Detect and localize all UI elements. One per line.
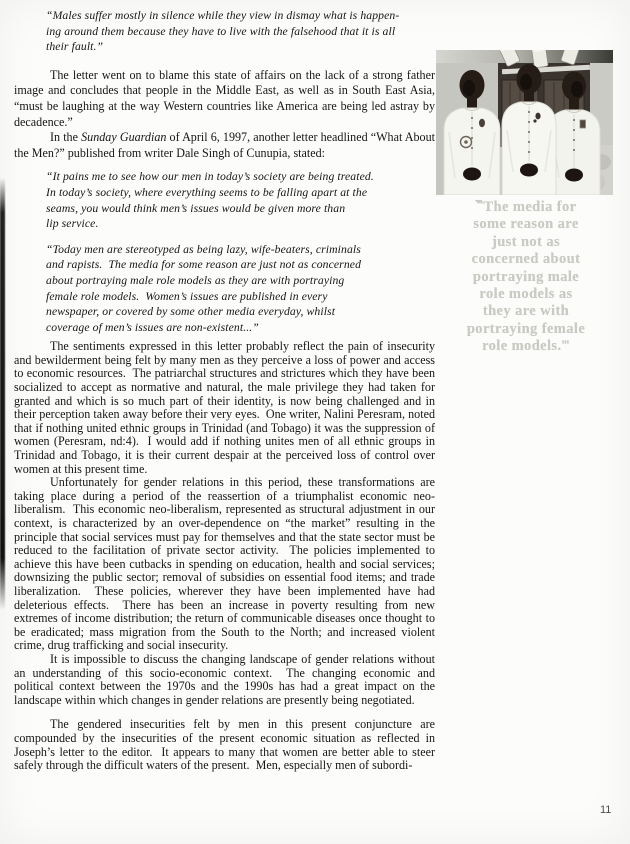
paragraph-sunday-guardian: In the Sunday Guardian of April 6, 1997,… [14,130,435,161]
paragraph-socioeconomic-context: It is impossible to discuss the changing… [14,653,435,707]
quote-today-men: “Today men are stereotyped as being lazy… [46,242,435,336]
p3-pre-text: In the [50,130,81,144]
page-number: 11 [600,804,611,816]
p3-publication-name: Sunday Guardian [81,130,166,144]
paragraph-letter-blame: The letter went on to blame this state o… [14,68,435,130]
scan-shadow-edge [0,178,5,610]
three-men-photo-illustration [436,50,613,195]
main-text-column: “Males suffer mostly in silence while th… [14,8,435,773]
scanned-page: “Males suffer mostly in silence while th… [0,0,630,844]
paragraph-sentiments: The sentiments expressed in this letter … [14,340,435,476]
paragraph-neoliberalism: Unfortunately for gender relations in th… [14,476,435,653]
group-photo [436,50,613,195]
quote-males-suffer: “Males suffer mostly in silence while th… [46,8,435,55]
quote-it-pains-me: “It pains me to see how our men in today… [46,169,435,231]
paragraph-gendered-insecurities: The gendered insecurities felt by men in… [14,718,435,772]
pull-quote: ‷The media for some reason are just not … [430,199,622,356]
